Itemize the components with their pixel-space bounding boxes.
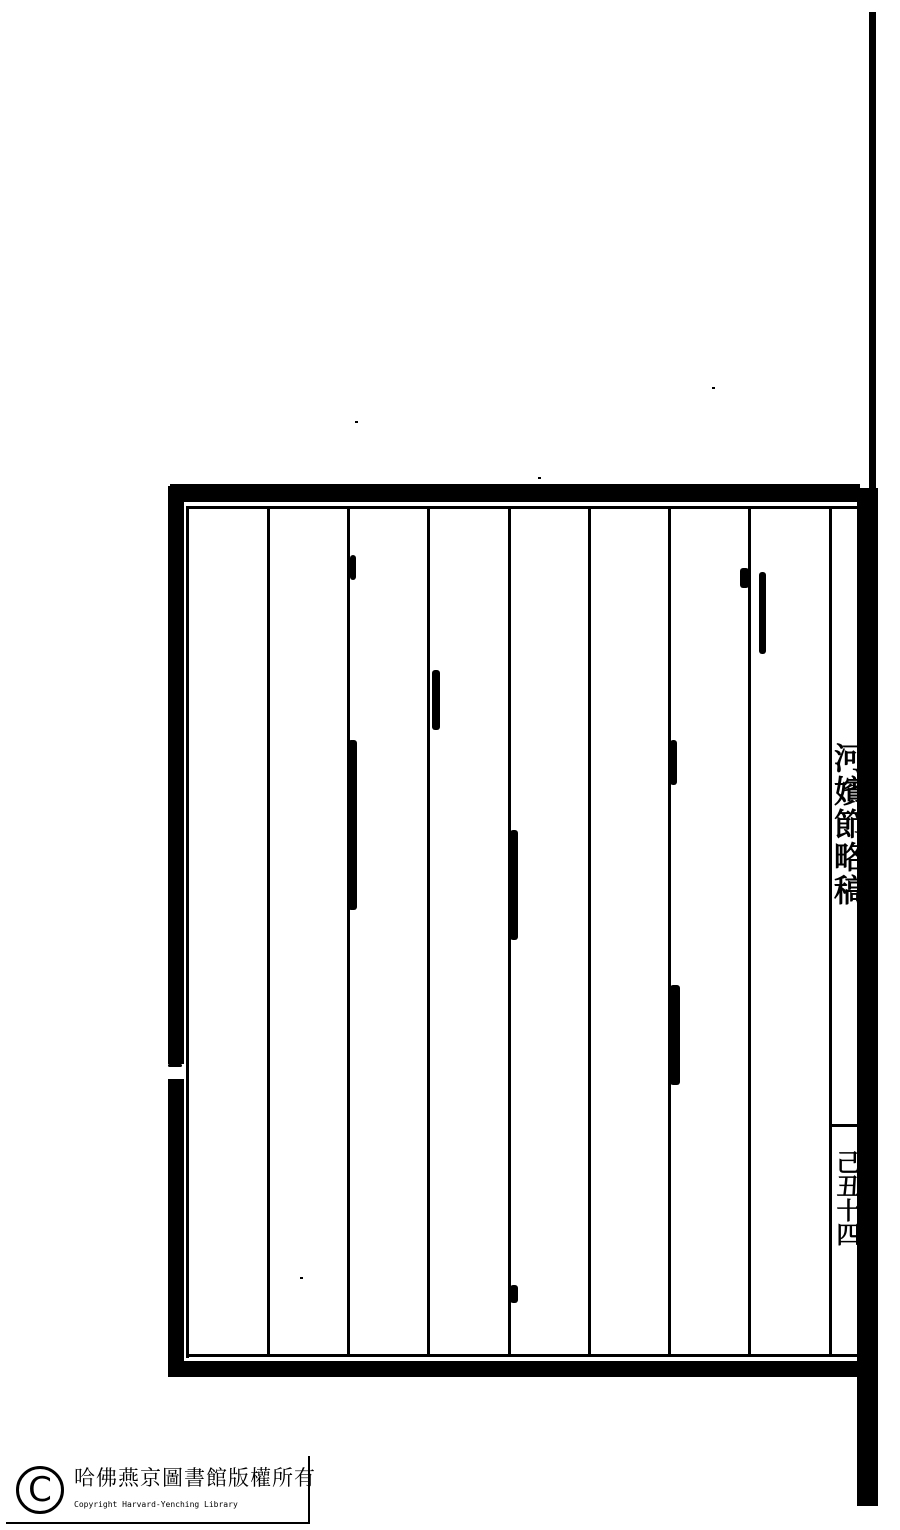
column-rule: [347, 508, 350, 1356]
copyright-icon: C: [16, 1466, 64, 1514]
copyright-chinese-text: 哈佛燕京圖書館版權所有: [74, 1462, 316, 1492]
ink-mark: [510, 830, 518, 940]
ink-mark: [670, 740, 677, 785]
inner-frame-top: [186, 506, 858, 509]
folio-number: 己丑十四: [832, 1150, 860, 1350]
center-column-title: 河嬪節略稿: [832, 742, 860, 992]
ink-mark: [350, 555, 356, 580]
column-rule: [668, 508, 671, 1356]
frame-bottom-border: [168, 1361, 860, 1377]
inner-frame-bottom: [186, 1354, 858, 1357]
book-spine-edge: [857, 488, 878, 1506]
frame-top-border: [170, 484, 860, 502]
column-rule: [267, 508, 270, 1356]
copyright-english-text: Copyright Harvard-Yenching Library: [74, 1500, 238, 1509]
frame-left-border: [168, 486, 184, 1376]
speck: [538, 477, 541, 479]
ink-mark: [510, 1285, 518, 1303]
column-rule: [588, 508, 591, 1356]
column-rule: [748, 508, 751, 1356]
column-rule: [427, 508, 430, 1356]
speck: [355, 421, 358, 423]
ink-mark: [759, 572, 766, 654]
book-spine-line: [869, 12, 876, 492]
speck: [300, 1277, 303, 1279]
ink-mark: [168, 1064, 182, 1067]
ink-mark: [670, 985, 680, 1085]
copyright-stamp: C 哈佛燕京圖書館版權所有 Copyright Harvard-Yenching…: [6, 1456, 310, 1524]
ink-mark: [432, 670, 440, 730]
speck: [712, 387, 715, 389]
ink-mark: [740, 568, 749, 588]
inner-frame-left: [186, 506, 189, 1358]
ink-mark: [348, 740, 357, 910]
center-column-divider: [832, 1124, 858, 1127]
